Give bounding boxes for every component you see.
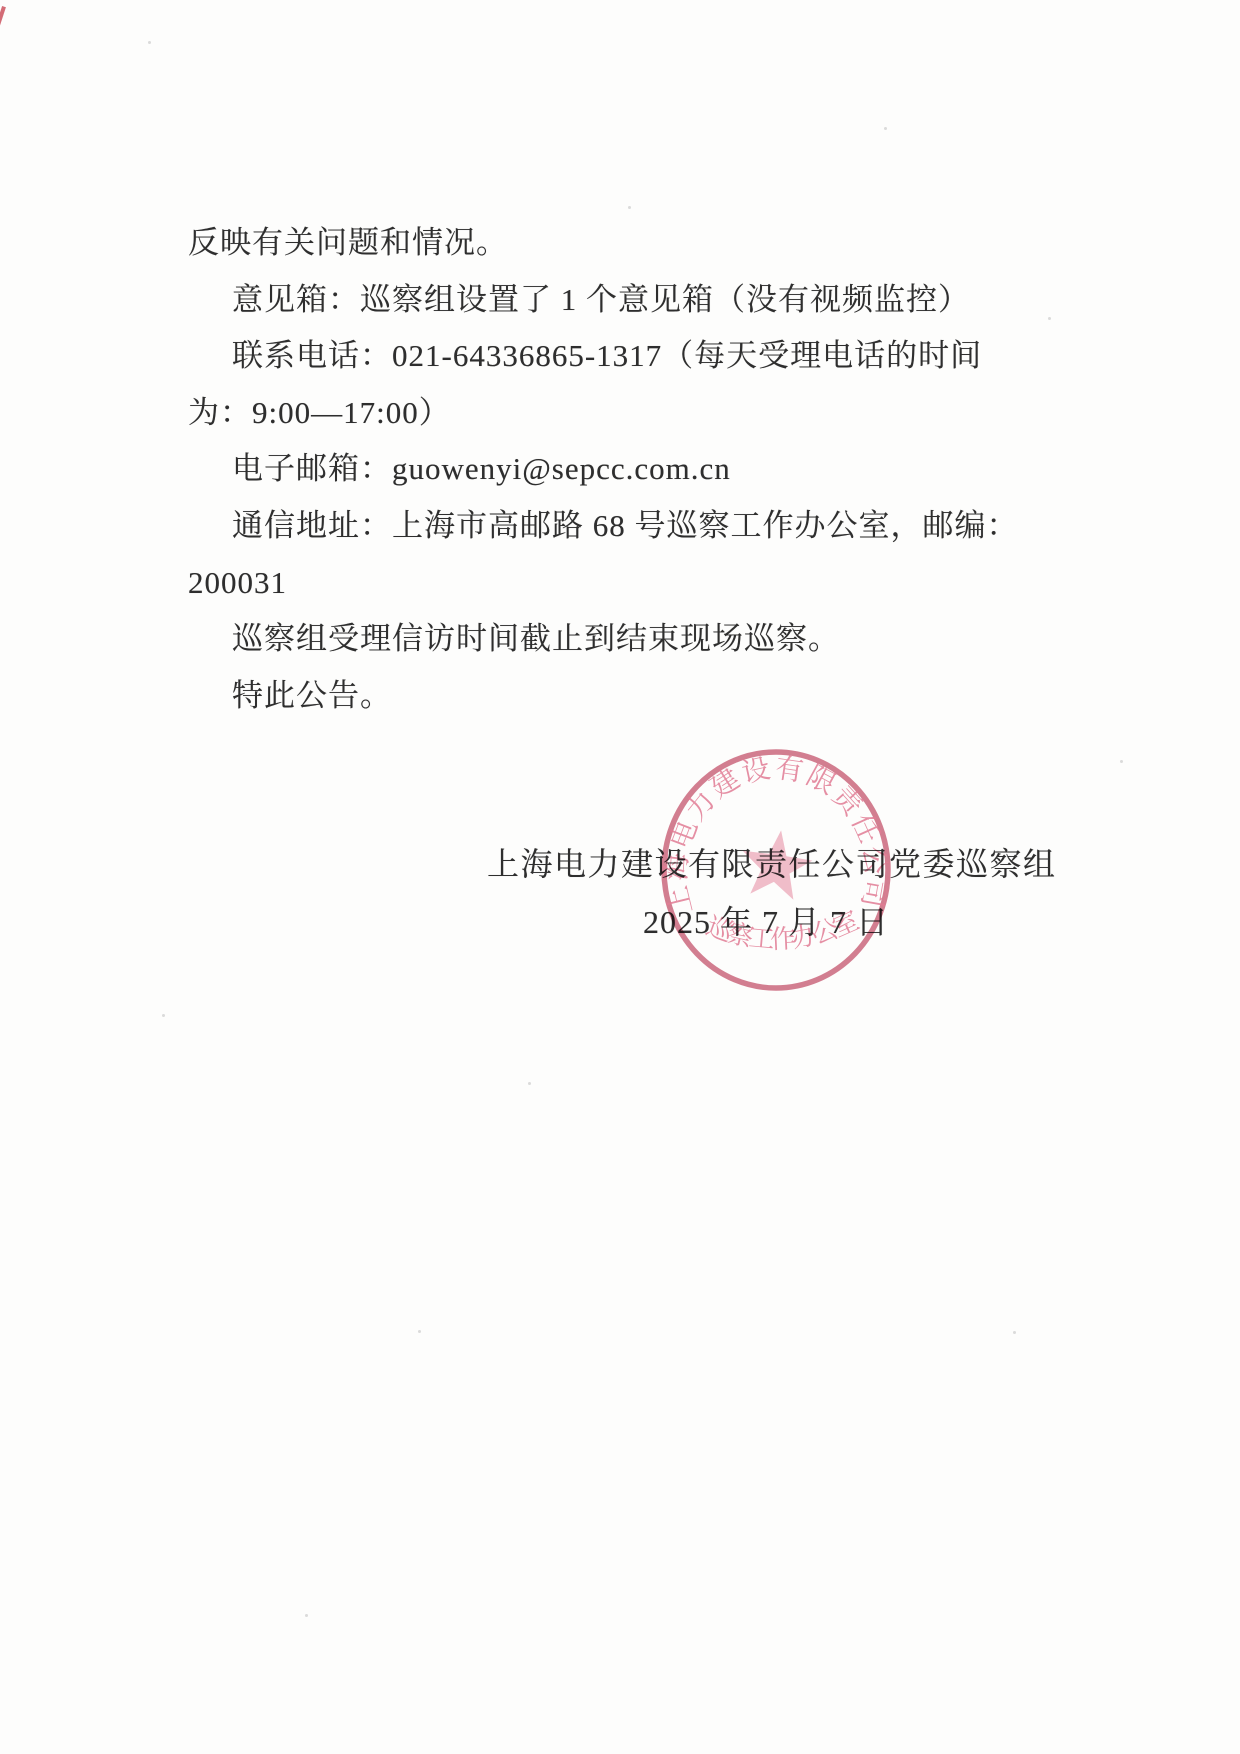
body-line: 特此公告。: [188, 668, 948, 725]
official-seal-stamp: 上海电力建设有限责任公司 巡察工作办公室: [655, 745, 897, 997]
seal-star-icon: [743, 830, 813, 899]
scan-speck: [418, 1330, 421, 1333]
document-body: 反映有关问题和情况。 意见箱：巡察组设置了 1 个意见箱（没有视频监控） 联系电…: [188, 215, 948, 724]
scan-speck: [162, 1014, 165, 1017]
scan-speck: [528, 1082, 531, 1085]
scan-speck: [884, 127, 887, 130]
scanned-document-page: 反映有关问题和情况。 意见箱：巡察组设置了 1 个意见箱（没有视频监控） 联系电…: [0, 0, 1240, 1754]
scan-speck: [1013, 1331, 1016, 1334]
body-line: 反映有关问题和情况。: [188, 215, 948, 272]
scan-speck: [1048, 317, 1051, 320]
body-line: 意见箱：巡察组设置了 1 个意见箱（没有视频监控）: [188, 272, 948, 329]
scan-speck: [628, 206, 631, 209]
body-line: 巡察组受理信访时间截止到结束现场巡察。: [188, 611, 948, 668]
seal-bottom-text: 巡察工作办公室: [703, 906, 864, 955]
body-line: 200031: [188, 555, 948, 612]
scan-speck: [305, 1614, 308, 1617]
body-line: 通信地址：上海市高邮路 68 号巡察工作办公室，邮编：: [188, 498, 948, 555]
body-line: 联系电话：021-64336865-1317（每天受理电话的时间: [188, 328, 948, 385]
scan-speck: [148, 41, 151, 44]
seal-top-text: 上海电力建设有限责任公司: [660, 752, 890, 917]
body-line: 电子邮箱：guowenyi@sepcc.com.cn: [188, 441, 948, 498]
scan-corner-red-mark: [0, 6, 6, 32]
scan-speck: [1120, 760, 1123, 763]
body-line: 为：9:00—17:00）: [188, 385, 948, 442]
